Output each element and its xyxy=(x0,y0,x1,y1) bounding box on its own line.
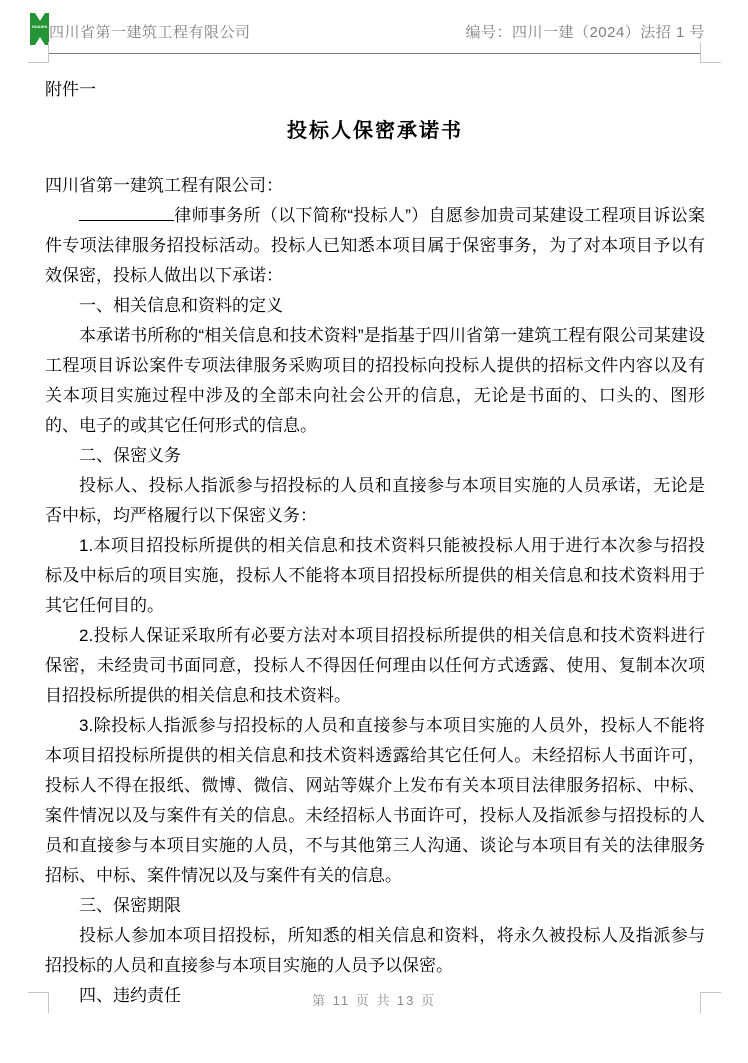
header-divider xyxy=(48,53,700,54)
margin-mark-top-right xyxy=(700,42,721,63)
header-company-name: 四川省第一建筑工程有限公司 xyxy=(49,21,251,42)
logo-shape-top xyxy=(35,13,45,21)
section-heading-1: 一、相关信息和资料的定义 xyxy=(45,291,705,321)
margin-mark-top-left xyxy=(28,42,49,63)
paragraph: 2.投标人保证采取所有必要方法对本项目招投标所提供的相关信息和技术资料进行保密，… xyxy=(45,621,705,711)
paragraph: 1.本项目招投标所提供的相关信息和技术资料只能被投标人用于进行本次参与招投标及中… xyxy=(45,531,705,621)
document-body: 附件一 投标人保密承诺书 四川省第一建筑工程有限公司： 律师事务所（以下简称“投… xyxy=(45,75,705,1011)
fill-in-blank xyxy=(79,203,174,221)
intro-paragraph: 律师事务所（以下简称“投标人”）自愿参加贵司某建设工程项目诉讼案件专项法律服务招… xyxy=(45,201,705,291)
logo-text: HUASHI xyxy=(30,24,49,29)
paragraph: 投标人参加本项目招投标，所知悉的相关信息和资料，将永久被投标人及指派参与招投标的… xyxy=(45,921,705,981)
document-page: HUASHI 四川省第一建筑工程有限公司 编号：四川一建（2024）法招 1 号… xyxy=(0,0,748,1063)
company-logo: HUASHI xyxy=(30,13,49,45)
page-number: 第 11 页 共 13 页 xyxy=(0,990,748,1009)
paragraph: 投标人、投标人指派参与招投标的人员和直接参与本项目实施的人员承诺，无论是否中标，… xyxy=(45,471,705,531)
section-heading-3: 三、保密期限 xyxy=(45,891,705,921)
salutation: 四川省第一建筑工程有限公司： xyxy=(45,171,705,201)
paragraph: 本承诺书所称的“相关信息和技术资料”是指基于四川省第一建筑工程有限公司某建设工程… xyxy=(45,321,705,441)
section-heading-2: 二、保密义务 xyxy=(45,441,705,471)
paragraph: 3.除投标人指派参与招投标的人员和直接参与本项目实施的人员外，投标人不能将本项目… xyxy=(45,711,705,891)
attachment-label: 附件一 xyxy=(45,75,705,105)
document-title: 投标人保密承诺书 xyxy=(45,114,705,148)
header-doc-number: 编号：四川一建（2024）法招 1 号 xyxy=(465,21,705,42)
